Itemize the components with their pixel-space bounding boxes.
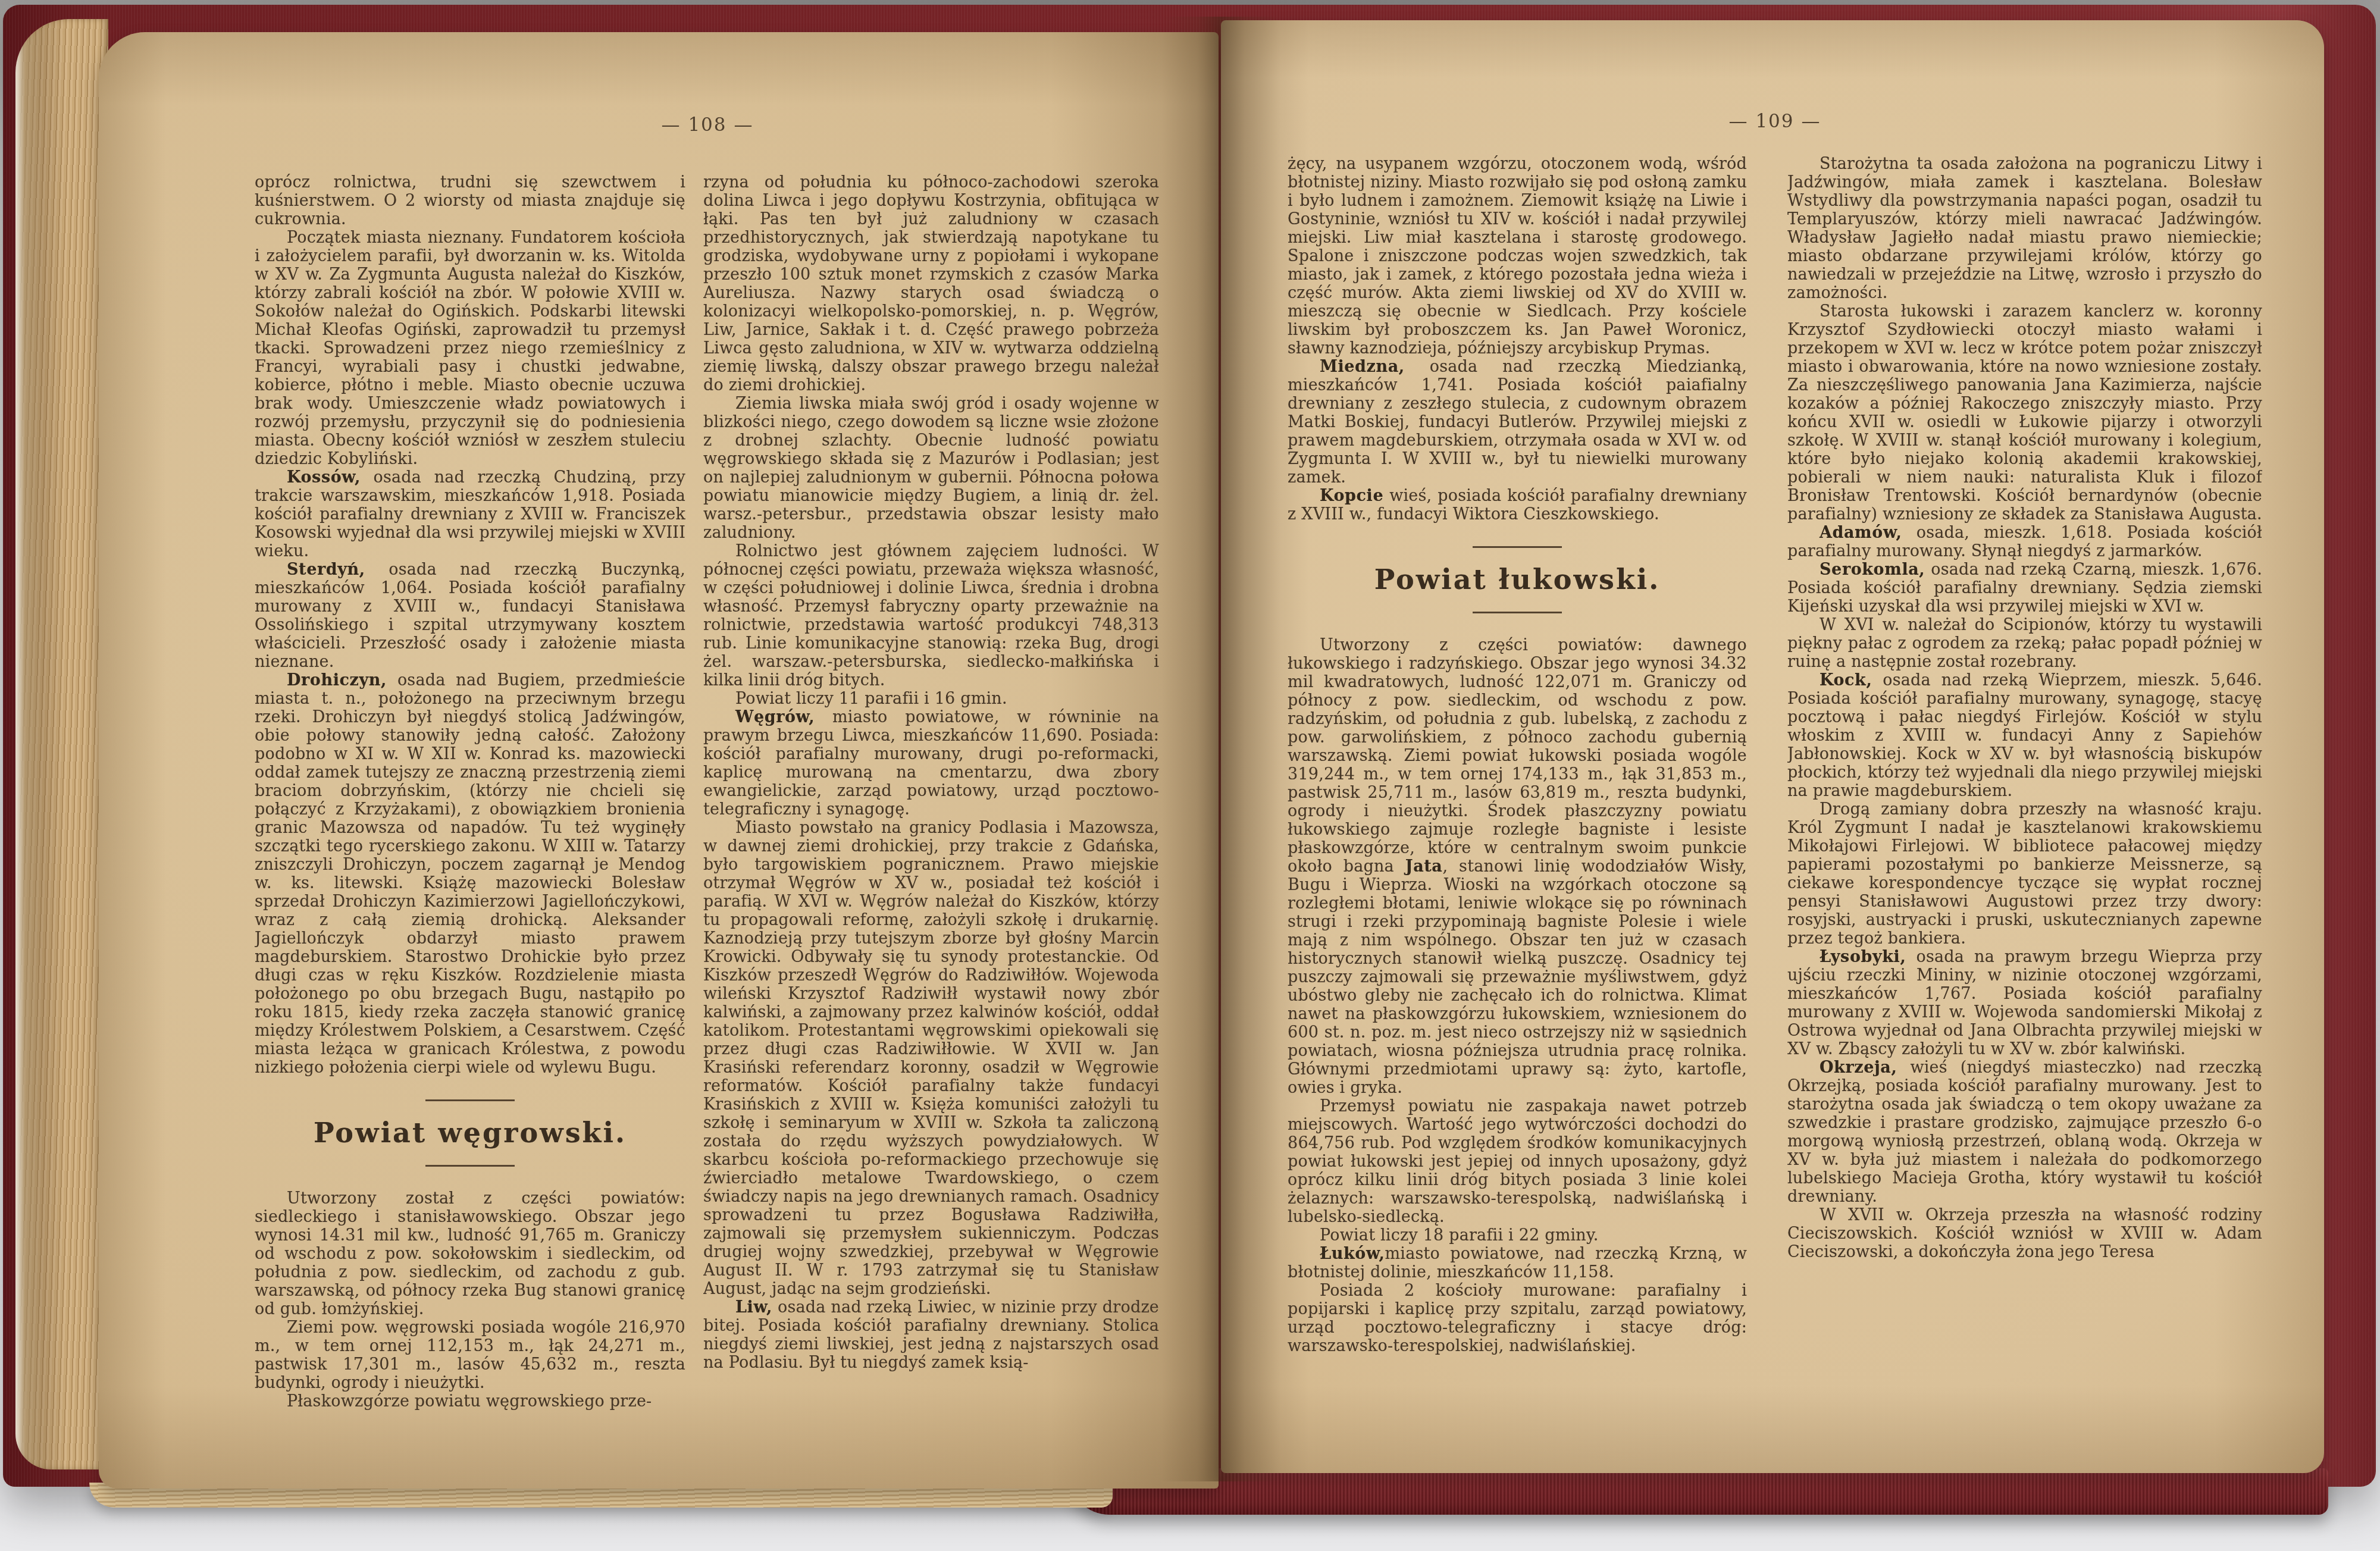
entry-paragraph: Serokomla, osada nad rzeką Czarną, miesz… [1787, 560, 2262, 616]
entry-paragraph: Sterdyń, osada nad rzeczką Buczynką, mie… [255, 560, 685, 671]
entry-paragraph: Kock, osada nad rzeką Wieprzem, mieszk. … [1787, 671, 2262, 800]
entry-lead: Drohiczyn, [287, 671, 387, 690]
entry-paragraph: Łysobyki, osada na prawym brzegu Wieprza… [1787, 948, 2262, 1058]
section-rule [1473, 612, 1562, 613]
paragraph: Rolnictwo jest głównem zajęciem ludności… [703, 542, 1159, 690]
entry-paragraph: Okrzeja, wieś (niegdyś miasteczko) nad r… [1787, 1058, 2262, 1206]
entry-lead: Kock, [1820, 671, 1872, 690]
entry-paragraph: Liw, osada nad rzeką Liwiec, w nizinie p… [703, 1298, 1159, 1372]
text-column: rzyna od południa ku północo-zachodowi s… [703, 173, 1159, 1452]
entry-lead: Jata [1405, 857, 1443, 876]
page-left-content: — 108 — oprócz rolnictwa, trudni się sze… [99, 32, 1219, 1489]
entry-paragraph: Kopcie wieś, posiada kościół parafialny … [1288, 487, 1747, 524]
section-rule [1473, 546, 1562, 548]
entry-lead: Węgrów, [735, 708, 815, 726]
entry-lead: Łuków, [1320, 1245, 1385, 1263]
paragraph: W XVI w. należał do Scipionów, którzy tu… [1787, 616, 2262, 671]
entry-lead: Okrzeja, [1820, 1058, 1897, 1077]
entry-lead: Liw, [735, 1298, 772, 1317]
page-number: — 109 — [1288, 111, 2262, 132]
book-photo: — 108 — oprócz rolnictwa, trudni się sze… [0, 0, 2380, 1551]
paragraph: rzyna od południa ku północo-zachodowi s… [703, 173, 1159, 394]
text-column: Starożytna ta osada założona na pogranic… [1787, 155, 2262, 1454]
paragraph: oprócz rolnictwa, trudni się szewctwem i… [255, 173, 685, 228]
paragraph: Drogą zamiany dobra przeszły na własność… [1787, 800, 2262, 948]
paragraph: Utworzony został z części powiatów: sied… [255, 1189, 685, 1318]
page-number: — 108 — [255, 114, 1160, 136]
paragraph: Przemysł powiatu nie zaspakaja nawet pot… [1288, 1097, 1747, 1226]
paragraph: Starosta łukowski i zarazem kanclerz w. … [1787, 302, 2262, 524]
entry-lead: Kossów, [287, 468, 361, 487]
text-column: oprócz rolnictwa, trudni się szewctwem i… [255, 173, 685, 1452]
section-heading: Powiat węgrowski. [255, 1124, 685, 1142]
text-column: żęcy, na usypanem wzgórzu, otoczonem wod… [1288, 155, 1747, 1454]
paragraph: Powiat liczy 18 parafii i 22 gminy. [1288, 1226, 1747, 1245]
section-heading: Powiat łukowski. [1288, 571, 1747, 589]
entry-lead: Adamów, [1820, 524, 1902, 542]
paragraph: Posiada 2 kościoły murowane: parafialny … [1288, 1281, 1747, 1355]
paragraph: Ziemia liwska miała swój gród i osady wo… [703, 394, 1159, 542]
entry-paragraph: Drohiczyn, osada nad Bugiem, przedmieści… [255, 671, 685, 1077]
section-rule [425, 1099, 515, 1101]
entry-paragraph: Łuków,miasto powiatowe, nad rzeczką Krzn… [1288, 1245, 1747, 1281]
entry-paragraph: Węgrów, miasto powiatowe, w równinie na … [703, 708, 1159, 819]
page-right-content: — 109 — żęcy, na usypanem wzgórzu, otocz… [1221, 20, 2324, 1473]
paragraph: Początek miasta nieznany. Fundatorem koś… [255, 228, 685, 468]
paragraph: żęcy, na usypanem wzgórzu, otoczonem wod… [1288, 155, 1747, 358]
entry-paragraph: Kossów, osada nad rzeczką Chudziną, przy… [255, 468, 685, 560]
paragraph: Starożytna ta osada założona na pogranic… [1787, 155, 2262, 302]
entry-lead: Serokomla, [1820, 560, 1925, 579]
entry-paragraph: Utworzony z części powiatów: dawnego łuk… [1288, 636, 1747, 1097]
entry-paragraph: Miedzna, osada nad rzeczką Miedzianką, m… [1288, 358, 1747, 487]
entry-lead: Miedzna, [1320, 358, 1405, 376]
entry-paragraph: Adamów, osada, mieszk. 1,618. Posiada ko… [1787, 524, 2262, 560]
paragraph: Płaskowzgórze powiatu węgrowskiego prze- [255, 1392, 685, 1411]
entry-lead: Sterdyń, [287, 560, 365, 579]
paragraph: W XVII w. Okrzeja przeszła na własność r… [1787, 1206, 2262, 1261]
paragraph: Powiat liczy 11 parafii i 16 gmin. [703, 690, 1159, 708]
paragraph: Ziemi pow. węgrowski posiada wogóle 216,… [255, 1318, 685, 1392]
fore-edge [15, 19, 108, 1469]
paragraph: Miasto powstało na granicy Podlasia i Ma… [703, 819, 1159, 1298]
section-rule [425, 1165, 515, 1167]
entry-lead: Kopcie [1320, 487, 1383, 505]
entry-lead: Łysobyki, [1820, 948, 1906, 966]
